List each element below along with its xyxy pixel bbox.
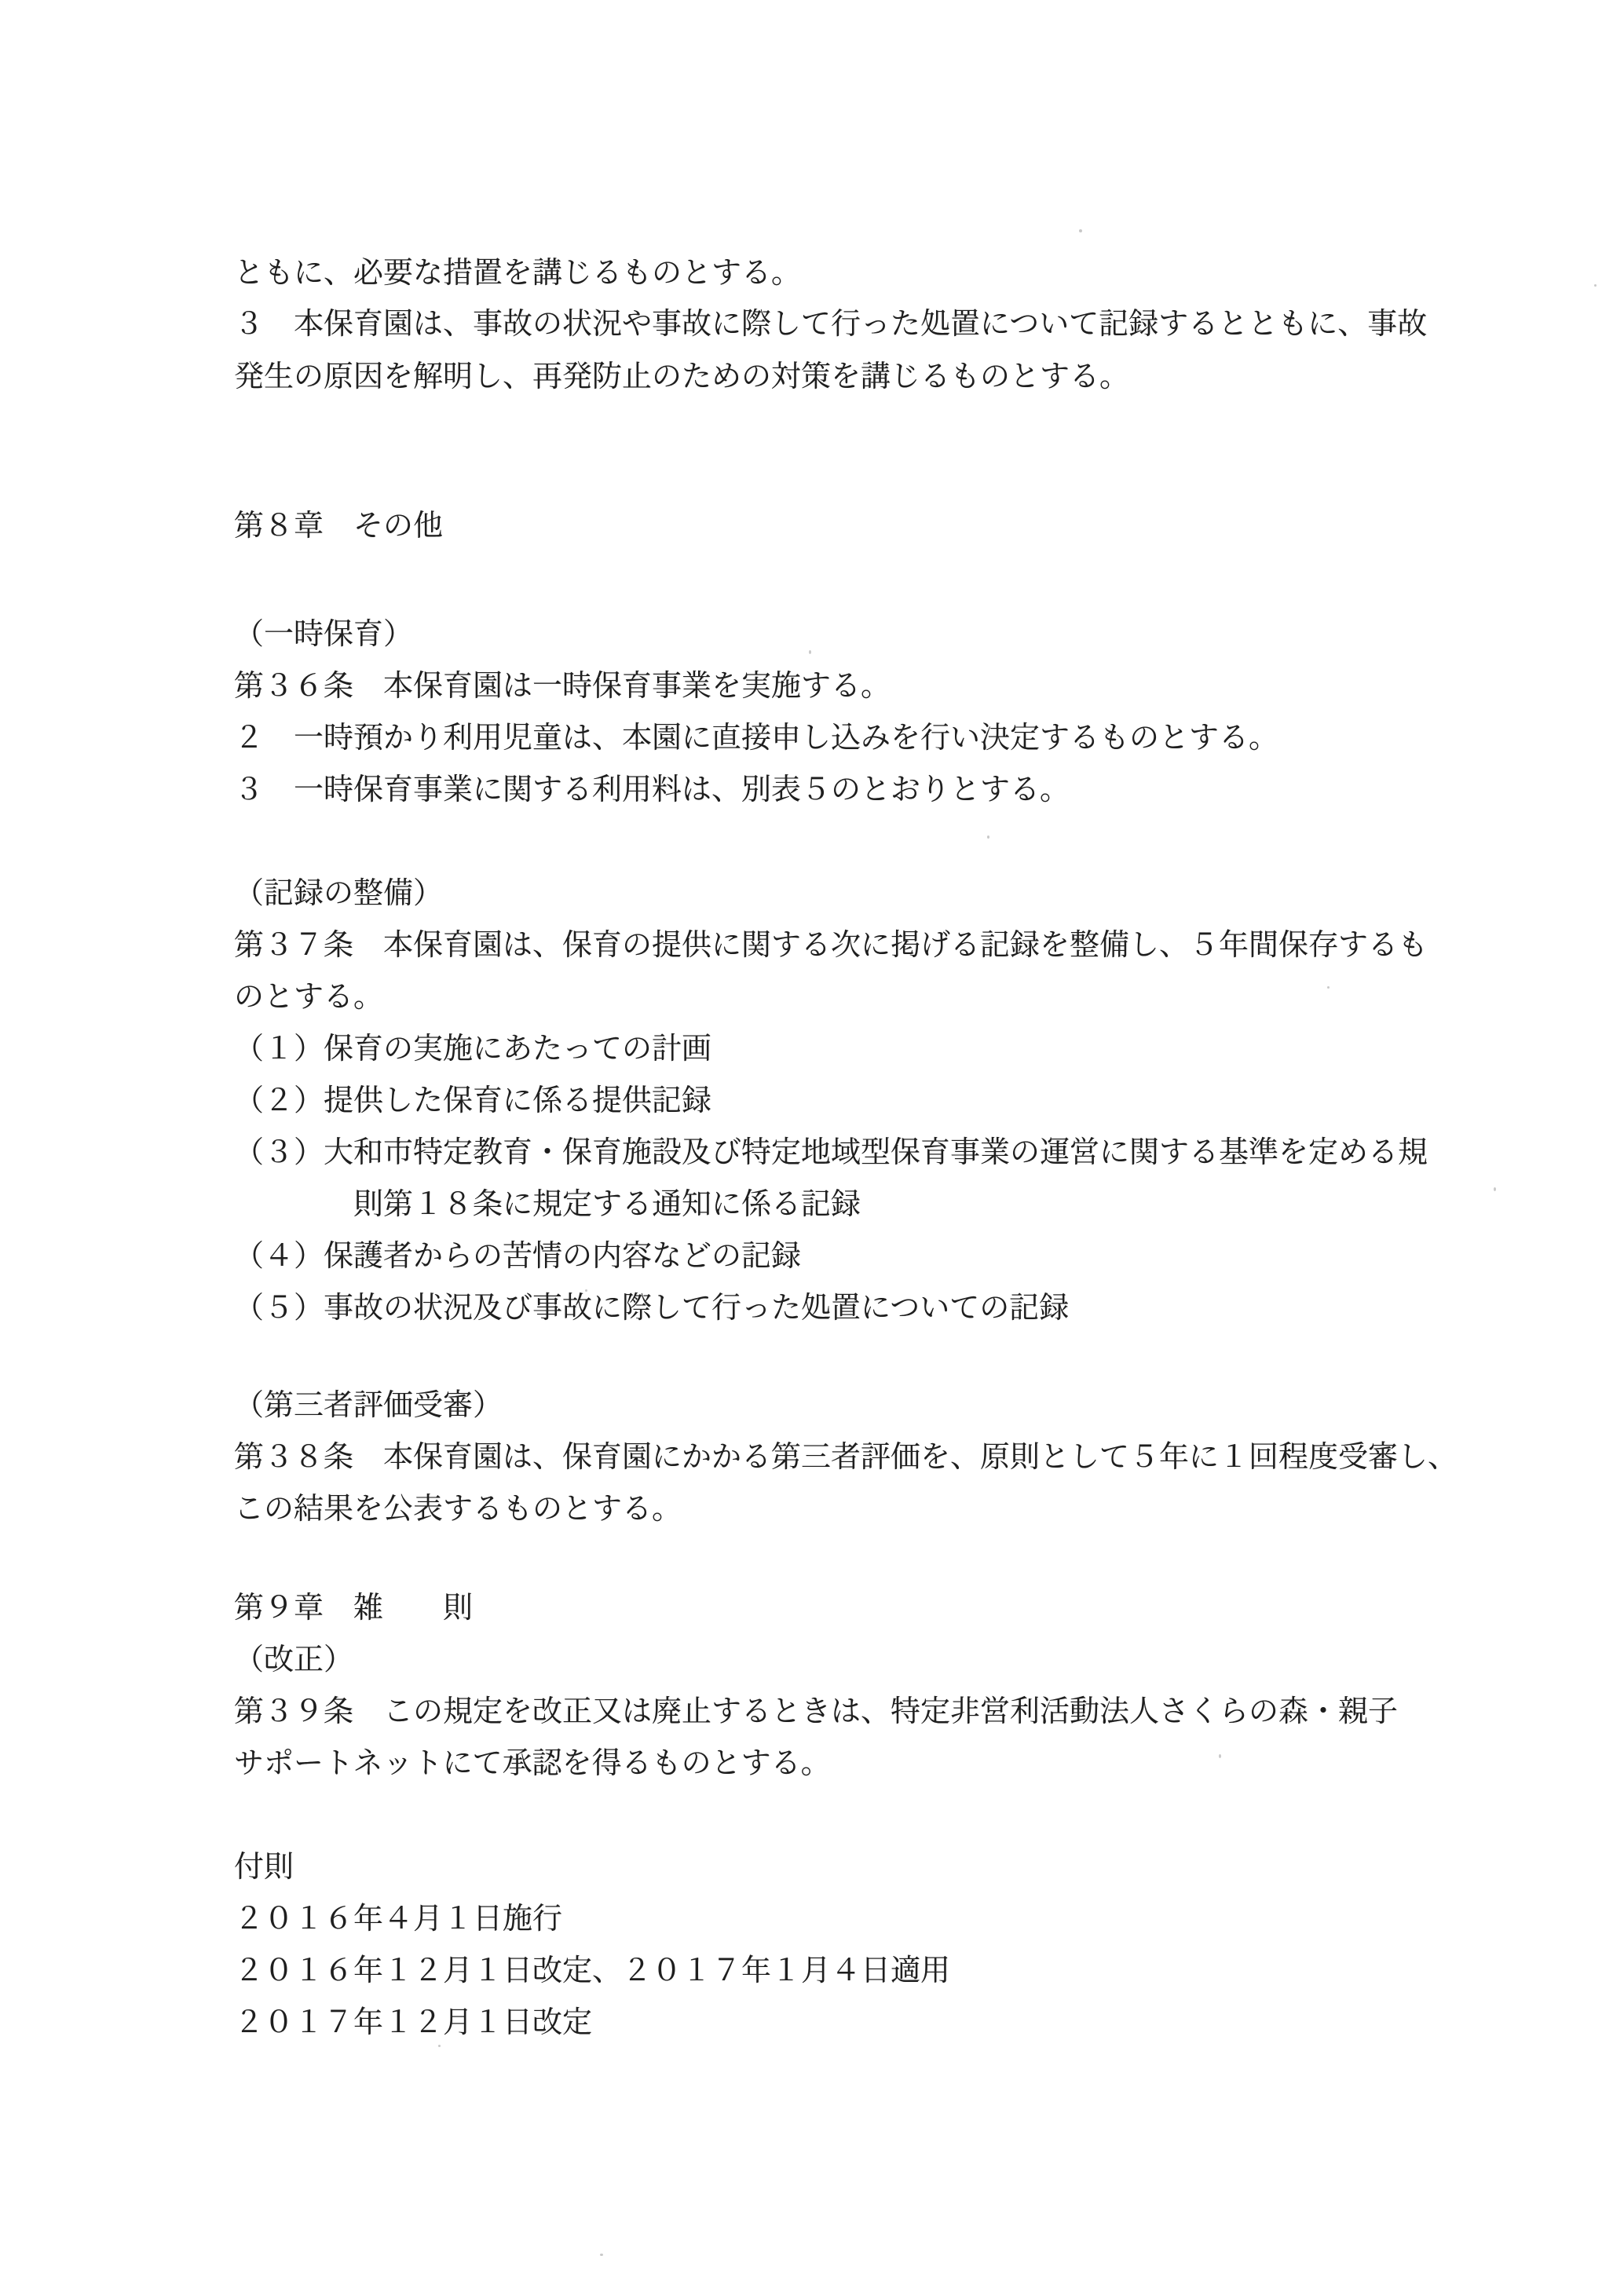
- scan-speck: [1219, 1754, 1221, 1758]
- scan-speck: [987, 835, 989, 839]
- list-item-line: （５）事故の状況及び事故に際して行った処置についての記録: [234, 1290, 1069, 1326]
- article-line: サポートネットにて承認を得るものとする。: [234, 1746, 831, 1782]
- section-label: （一時保育）: [234, 616, 413, 653]
- article-line: 第３７条 本保育園は、保育の提供に関する次に掲げる記録を整備し、５年間保存するも: [234, 927, 1428, 963]
- body-line: ３ 本保育園は、事故の状況や事故に際して行った処置について記録するとともに、事故: [234, 306, 1427, 342]
- chapter-heading: 第９章 雑 則: [234, 1590, 473, 1626]
- scan-speck: [1327, 986, 1330, 989]
- scanned-document-page: ともに、必要な措置を講じるものとする。 ３ 本保育園は、事故の状況や事故に際して…: [0, 0, 1624, 2296]
- appendix-line: ２０１７年１２月１日改定: [234, 2005, 592, 2041]
- scan-speck: [585, 1289, 587, 1292]
- scan-speck: [1079, 229, 1082, 232]
- list-item-line: （１）保育の実施にあたっての計画: [234, 1031, 711, 1067]
- scan-speck: [438, 2045, 441, 2047]
- article-line: 第３６条 本保育園は一時保育事業を実施する。: [234, 668, 891, 704]
- chapter-heading: 第８章 その他: [234, 508, 443, 544]
- article-line: 第３８条 本保育園は、保育園にかかる第三者評価を、原則として５年に１回程度受審し…: [234, 1439, 1458, 1475]
- list-item-line: （２）提供した保育に係る提供記録: [234, 1083, 711, 1119]
- article-line: ３ 一時保育事業に関する利用料は、別表５のとおりとする。: [234, 772, 1070, 808]
- article-line: 第３９条 この規定を改正又は廃止するときは、特定非営利活動法人さくらの森・親子: [234, 1694, 1398, 1730]
- section-label: （記録の整備）: [234, 876, 443, 912]
- section-label: （改正）: [234, 1642, 353, 1678]
- article-line: この結果を公表するものとする。: [234, 1491, 682, 1527]
- body-line: ともに、必要な措置を講じるものとする。: [234, 255, 801, 291]
- scan-speck: [1594, 284, 1597, 287]
- section-label: （第三者評価受審）: [234, 1387, 503, 1424]
- scan-speck: [809, 650, 811, 654]
- list-item-line: （３）大和市特定教育・保育施設及び特定地域型保育事業の運営に関する基準を定める規: [234, 1135, 1428, 1171]
- body-line: 発生の原因を解明し、再発防止のための対策を講じるものとする。: [234, 359, 1129, 395]
- scan-speck: [1494, 1187, 1496, 1191]
- appendix-line: ２０１６年４月１日施行: [234, 1901, 562, 1937]
- continuation-line: 則第１８条に規定する通知に係る記録: [353, 1186, 861, 1223]
- appendix-heading: 付則: [234, 1849, 294, 1885]
- article-line: のとする。: [234, 979, 383, 1015]
- appendix-line: ２０１６年１２月１日改定、２０１７年１月４日適用: [234, 1953, 950, 1989]
- scan-speck: [600, 2254, 603, 2256]
- article-line: ２ 一時預かり利用児童は、本園に直接申し込みを行い決定するものとする。: [234, 720, 1278, 756]
- list-item-line: （４）保護者からの苦情の内容などの記録: [234, 1238, 801, 1274]
